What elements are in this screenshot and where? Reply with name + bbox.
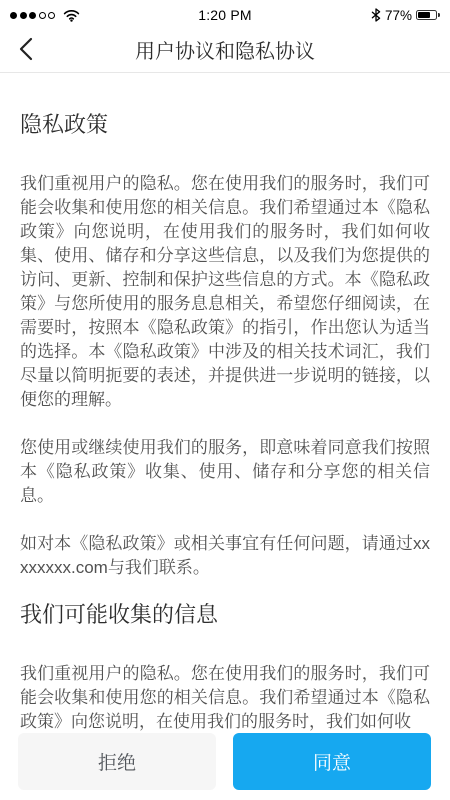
battery-icon [416,10,440,20]
status-bar: 1:20 PM 77% [0,0,450,26]
bluetooth-icon [371,8,381,22]
status-right: 77% [310,8,440,23]
privacy-paragraph: 您使用或继续使用我们的服务，即意味着同意我们按照本《隐私政策》收集、使用、储存和… [20,436,430,508]
agreement-content-scroll-area[interactable]: 隐私政策 我们重视用户的隐私。您在使用我们的服务时，我们可能会收集和使用您的相关… [0,73,450,734]
section-heading-privacy-policy: 隐私政策 [20,110,430,140]
privacy-paragraph: 我们重视用户的隐私。您在使用我们的服务时，我们可能会收集和使用您的相关信息。我们… [20,662,430,734]
section-heading-info-collected: 我们可能收集的信息 [20,600,430,630]
status-time: 1:20 PM [140,7,310,23]
back-button[interactable] [10,26,62,72]
signal-dot [20,12,27,19]
signal-dot [29,12,36,19]
agree-button[interactable]: 同意 [233,733,431,790]
privacy-paragraph: 如对本《隐私政策》或相关事宜有任何问题，请通过xxxxxxxx.com与我们联系… [20,532,430,580]
nav-bar: 用户协议和隐私协议 [0,26,450,73]
signal-dot [48,12,55,19]
privacy-paragraph: 我们重视用户的隐私。您在使用我们的服务时，我们可能会收集和使用您的相关信息。我们… [20,172,430,412]
action-button-bar: 拒绝 同意 [0,733,450,800]
wifi-icon [63,9,80,22]
signal-dot [39,12,46,19]
page-title: 用户协议和隐私协议 [0,35,450,64]
battery-percent: 77% [385,8,412,23]
signal-strength [10,9,140,22]
signal-dot [10,12,17,19]
reject-button[interactable]: 拒绝 [18,733,216,790]
chevron-left-icon [18,36,34,62]
privacy-agreement-screen: 1:20 PM 77% 用户协议和隐私协议 隐私政策 [0,0,450,800]
